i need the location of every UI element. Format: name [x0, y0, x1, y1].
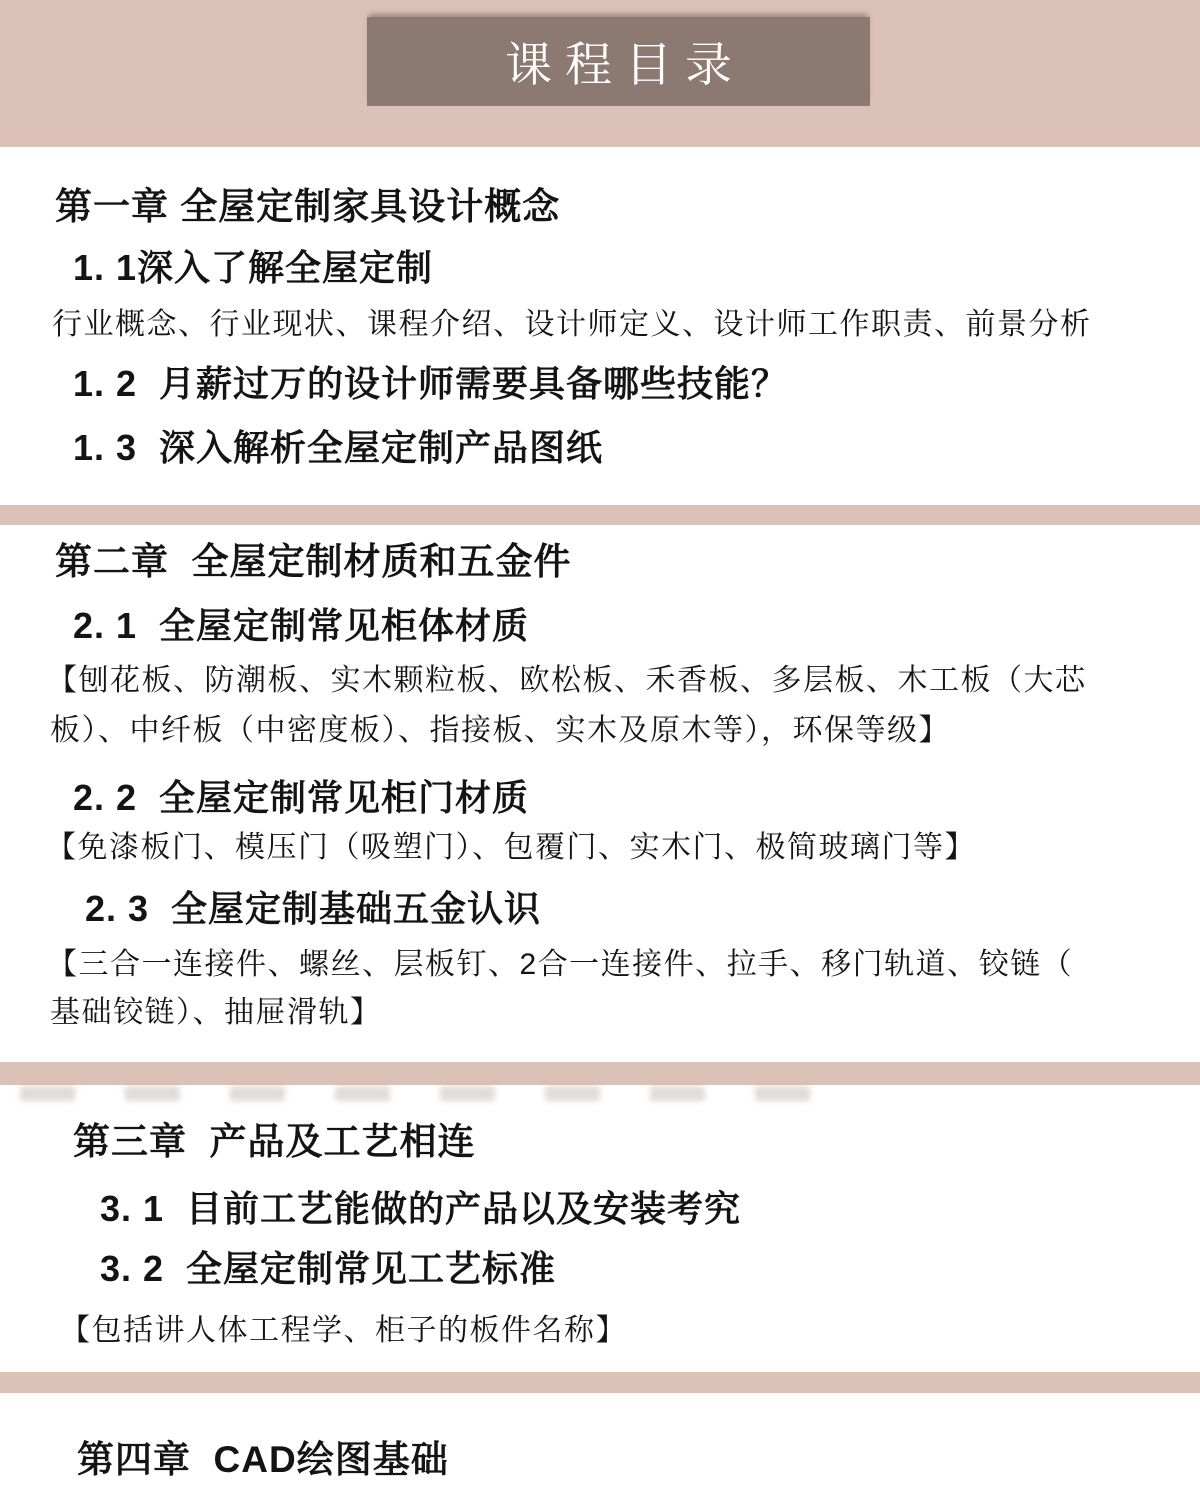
section-2-2-note: 【免漆板门、模压门（吸塑门）、包覆门、实木门、极简玻璃门等】	[46, 832, 976, 864]
header-band: 课程目录	[0, 0, 1200, 147]
chapter-4-title: 第四章 CAD绘图基础	[77, 1440, 449, 1479]
chapter-2-title: 第二章 全屋定制材质和五金件	[55, 542, 572, 581]
section-2-3-note: 【三合一连接件、螺丝、层板钉、2合一连接件、拉手、移门轨道、铰链（	[47, 949, 1073, 981]
section-divider	[0, 1062, 1200, 1085]
chapter-1-title: 第一章 全屋定制家具设计概念	[55, 187, 560, 226]
chapter-3-title: 第三章 产品及工艺相连	[73, 1122, 476, 1161]
section-2-3-label: 2. 3 全屋定制基础五金认识	[85, 890, 541, 928]
course-catalog-page: 课程目录 第一章 全屋定制家具设计概念 1. 1深入了解全屋定制 行业概念、行业…	[0, 0, 1200, 1500]
section-1-2-label: 1. 2 月薪过万的设计师需要具备哪些技能？	[73, 365, 788, 403]
section-3-2-note: 【包括讲人体工程学、柜子的板件名称】	[60, 1315, 627, 1347]
section-3-1-label: 3. 1 目前工艺能做的产品以及安装考究	[100, 1190, 741, 1228]
section-2-1-note: 板）、中纤板（中密度板）、指接板、实木及原木等），环保等级】	[50, 715, 950, 747]
section-1-3-label: 1. 3 深入解析全屋定制产品图纸	[73, 429, 603, 467]
section-3-2-label: 3. 2 全屋定制常见工艺标准	[100, 1250, 556, 1288]
section-2-2-label: 2. 2 全屋定制常见柜门材质	[73, 779, 529, 817]
page-title-box: 课程目录	[367, 17, 870, 106]
section-2-1-note: 【刨花板、防潮板、实木颗粒板、欧松板、禾香板、多层板、木工板（大芯	[47, 665, 1087, 697]
page-title: 课程目录	[492, 28, 745, 95]
section-divider	[0, 1372, 1200, 1393]
section-divider	[0, 505, 1200, 525]
artifact-smudge	[20, 1086, 820, 1101]
section-1-1-note: 行业概念、行业现状、课程介绍、设计师定义、设计师工作职责、前景分析	[52, 309, 1092, 341]
section-2-1-label: 2. 1 全屋定制常见柜体材质	[73, 607, 529, 645]
section-2-3-note: 基础铰链）、抽屉滑轨】	[50, 997, 382, 1029]
section-1-1-label: 1. 1深入了解全屋定制	[73, 249, 433, 287]
